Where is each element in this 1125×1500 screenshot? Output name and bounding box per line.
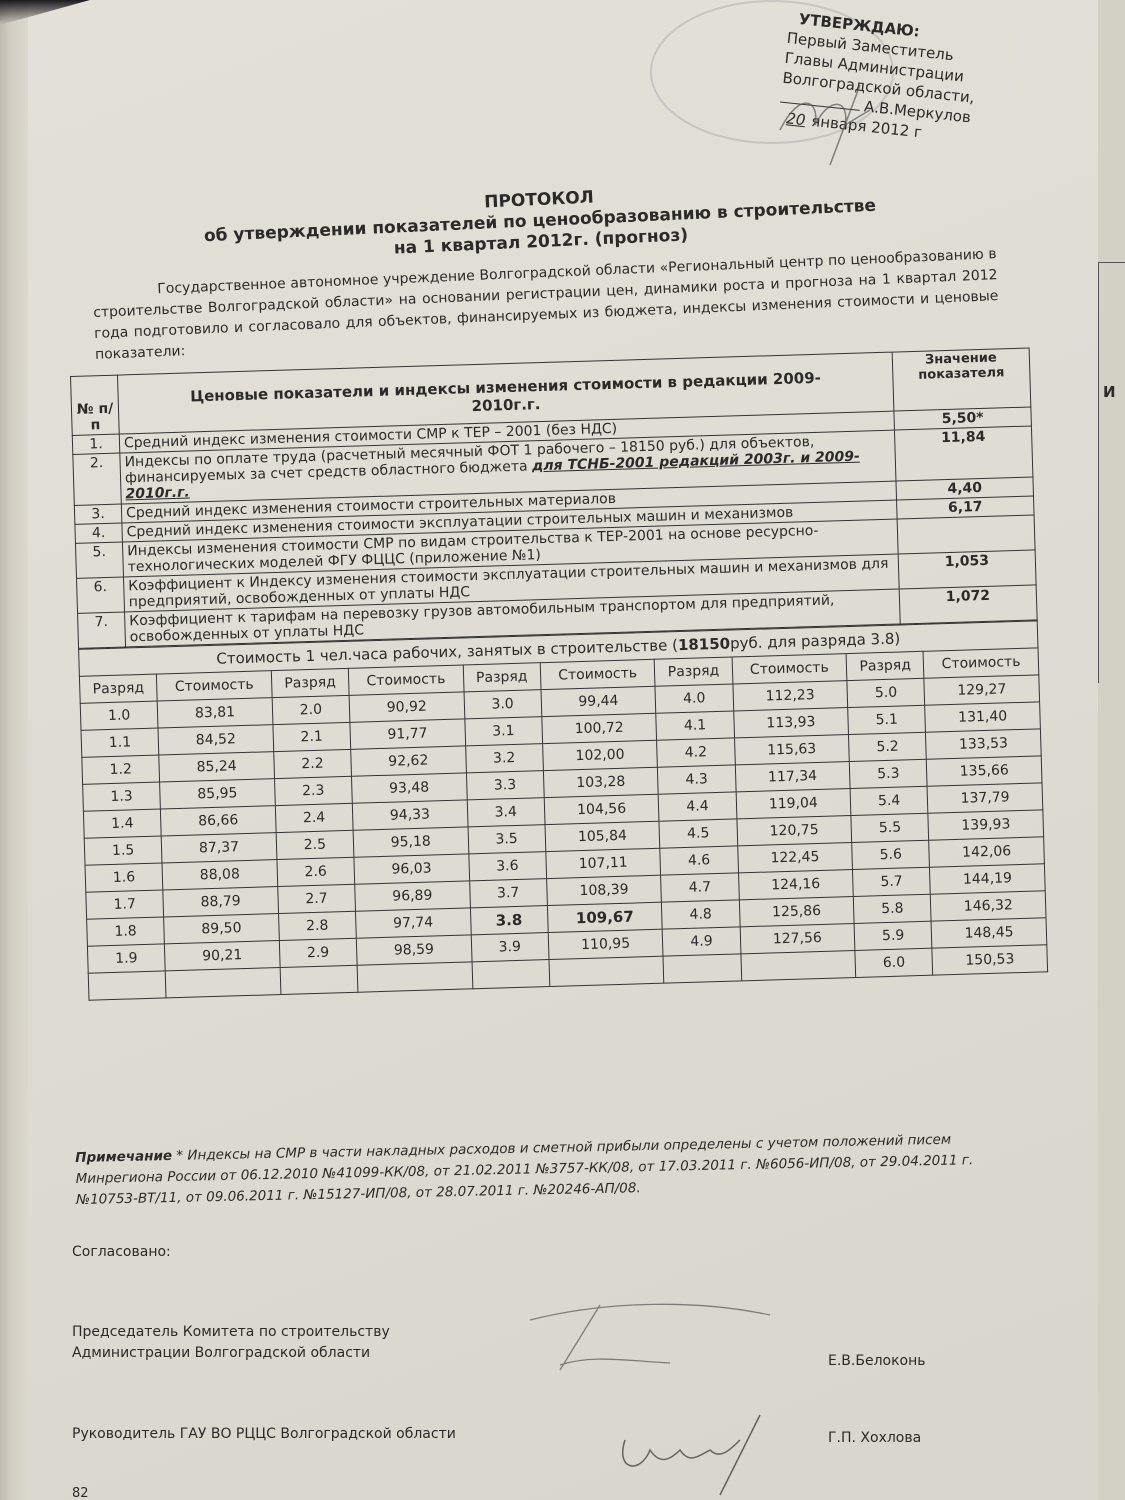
cost-cell: 115,63 xyxy=(734,735,849,765)
cost-cell: 108,39 xyxy=(546,875,661,905)
cost-cell: 99,44 xyxy=(541,686,656,716)
cost-cell xyxy=(549,956,664,986)
cost-cell: 103,28 xyxy=(543,767,658,797)
cost-cell: 135,66 xyxy=(927,756,1042,786)
cost-cell: 117,34 xyxy=(735,762,850,792)
cost-cell: 107,11 xyxy=(546,848,661,878)
cost-cell: 86,66 xyxy=(161,806,276,836)
grade-cell: 4.9 xyxy=(663,927,741,956)
book-spine-shadow xyxy=(0,0,30,1500)
grade-cell: 4.2 xyxy=(657,738,735,767)
cost-cell: 88,79 xyxy=(163,887,278,917)
header-value: Значение показателя xyxy=(892,348,1031,411)
cost-cell: 124,16 xyxy=(738,870,853,900)
cost-cell: 85,24 xyxy=(159,752,274,782)
grade-cell xyxy=(88,971,166,1000)
cost-cell: 90,21 xyxy=(165,941,280,971)
grade-cell: 5.0 xyxy=(847,678,925,707)
caption-salary: 18150 xyxy=(678,635,731,655)
adjacent-page-text: И xyxy=(1103,383,1116,401)
grade-cell: 4.3 xyxy=(658,765,736,794)
grade-cell: 1.2 xyxy=(82,755,160,784)
cost-cell: 150,53 xyxy=(932,945,1047,975)
cost-cell: 102,00 xyxy=(542,740,657,770)
grade-cell: 3.9 xyxy=(471,933,549,962)
grade-cell: 5.6 xyxy=(852,840,930,869)
cost-cell: 131,40 xyxy=(925,702,1040,732)
cost-cell xyxy=(740,950,855,980)
header-grade: Разряд xyxy=(463,663,541,692)
cost-cell: 148,45 xyxy=(931,918,1046,948)
cost-cell: 84,52 xyxy=(158,725,273,755)
grade-cell: 5.1 xyxy=(848,705,926,734)
header-grade: Разряд xyxy=(846,651,924,680)
grade-cell: 5.9 xyxy=(854,921,932,950)
tables-container: № п/п Ценовые показатели и индексы измен… xyxy=(70,348,1048,1001)
indicator-num: 5. xyxy=(75,542,123,578)
cost-cell: 85,95 xyxy=(160,779,275,809)
adjacent-page xyxy=(1098,0,1125,1500)
cost-cell: 104,56 xyxy=(544,794,659,824)
signatory-position: Руководитель ГАУ ВО РЦЦС Волгоградской о… xyxy=(72,1424,456,1445)
agreed-label: Согласовано: xyxy=(72,1244,171,1260)
indicator-value: 1,053 xyxy=(898,550,1036,589)
grade-cell: 1.6 xyxy=(85,863,163,892)
approval-signature-icon xyxy=(760,70,940,170)
signature-1-icon xyxy=(520,1295,780,1385)
indicator-value xyxy=(897,515,1035,554)
header-grade: Разряд xyxy=(79,674,157,703)
cost-cell: 87,37 xyxy=(161,833,276,863)
indicator-value: 1,072 xyxy=(899,585,1037,624)
grade-cell: 1.0 xyxy=(80,701,158,730)
signature-block-2: Руководитель ГАУ ВО РЦЦС Волгоградской о… xyxy=(72,1424,456,1445)
grade-cell: 2.5 xyxy=(276,830,354,859)
grade-cell: 3.7 xyxy=(469,879,547,908)
grade-cell: 3.3 xyxy=(466,771,544,800)
grade-cell: 1.3 xyxy=(83,782,161,811)
grade-cell: 4.7 xyxy=(661,873,739,902)
cost-cell: 125,86 xyxy=(739,896,854,926)
grade-cell: 2.0 xyxy=(272,695,350,724)
indicator-value: 11,84 xyxy=(894,426,1032,481)
grade-cell: 3.5 xyxy=(468,825,546,854)
cost-cell: 120,75 xyxy=(736,816,851,846)
grade-cell: 3.6 xyxy=(468,852,546,881)
grade-cell: 1.9 xyxy=(87,944,165,973)
grade-cell: 1.4 xyxy=(83,809,161,838)
signatory-name: Е.В.Белоконь xyxy=(828,1353,926,1369)
grade-cell: 5.8 xyxy=(853,894,931,923)
cost-cell: 89,50 xyxy=(164,914,279,944)
cost-cell: 113,93 xyxy=(733,708,848,738)
grade-cell: 2.1 xyxy=(273,722,351,751)
grade-cell: 3.8 xyxy=(470,906,548,935)
cost-cell: 95,18 xyxy=(353,827,468,857)
grade-cell: 4.6 xyxy=(660,846,738,875)
grade-cell: 2.6 xyxy=(277,857,355,886)
cost-cell: 112,23 xyxy=(732,681,847,711)
grade-cell: 1.1 xyxy=(81,728,159,757)
cost-cell xyxy=(165,968,280,998)
indicator-num: 7. xyxy=(78,612,126,648)
cost-cell: 139,93 xyxy=(928,810,1043,840)
cost-cell: 144,19 xyxy=(930,864,1045,894)
cost-cell: 96,89 xyxy=(355,881,470,911)
note-label: Примечание xyxy=(75,1148,172,1166)
grade-cell: 4.8 xyxy=(662,900,740,929)
indicator-num: 6. xyxy=(77,577,125,613)
header-grade: Разряд xyxy=(271,668,349,697)
signature-block-1: Председатель Комитета по строительству А… xyxy=(72,1322,390,1364)
grade-cell: 1.5 xyxy=(84,836,162,865)
grade-cell: 4.4 xyxy=(659,792,737,821)
cost-cell: 93,48 xyxy=(351,773,466,803)
grade-cell: 1.8 xyxy=(87,917,165,946)
signatory-position: Председатель Комитета по строительству xyxy=(72,1322,390,1343)
indicators-table: № п/п Ценовые показатели и индексы измен… xyxy=(70,348,1038,649)
signatory-position: Администрации Волгоградской области xyxy=(72,1343,390,1364)
grade-cell: 5.3 xyxy=(849,759,927,788)
grade-cell: 6.0 xyxy=(855,948,933,977)
cost-cell: 122,45 xyxy=(737,843,852,873)
grade-cell: 3.0 xyxy=(464,690,542,719)
grade-cell: 1.7 xyxy=(86,890,164,919)
grade-cell: 2.7 xyxy=(278,884,356,913)
grade-cell: 3.2 xyxy=(465,744,543,773)
cost-cell: 88,08 xyxy=(162,860,277,890)
cost-cell: 137,79 xyxy=(927,783,1042,813)
grade-cell: 2.4 xyxy=(275,803,353,832)
indicator-num: 4. xyxy=(75,523,123,543)
indicator-num: 1. xyxy=(72,434,120,454)
grade-cell: 2.3 xyxy=(274,776,352,805)
signature-2-icon xyxy=(610,1410,790,1500)
header-cost: Стоимость xyxy=(732,654,847,684)
cost-cell: 98,59 xyxy=(356,935,471,965)
grade-cell: 5.2 xyxy=(849,732,927,761)
cost-cell: 127,56 xyxy=(740,923,855,953)
page-number: 82 xyxy=(72,1486,89,1500)
cost-cell: 100,72 xyxy=(542,713,657,743)
grade-cell xyxy=(280,965,358,994)
cost-cell: 94,33 xyxy=(352,800,467,830)
grade-cell: 2.9 xyxy=(279,938,357,967)
header-cost: Стоимость xyxy=(923,648,1038,678)
signatory-name: Г.П. Хохлова xyxy=(828,1430,921,1446)
indicator-num: 2. xyxy=(73,453,121,505)
grade-cell: 5.4 xyxy=(850,786,928,815)
wage-table: Стоимость 1 чел.часа рабочих, занятых в … xyxy=(78,620,1048,1000)
header-num: № п/п xyxy=(71,375,120,435)
adjacent-page-table: И xyxy=(1098,262,1125,683)
header-cost: Стоимость xyxy=(348,665,463,695)
grade-cell: 4.1 xyxy=(656,711,734,740)
cost-cell xyxy=(357,962,472,992)
cost-cell: 133,53 xyxy=(926,729,1041,759)
cost-cell: 146,32 xyxy=(931,891,1046,921)
header-cost: Стоимость xyxy=(540,659,655,689)
cost-cell: 129,27 xyxy=(924,675,1039,705)
grade-cell: 3.4 xyxy=(467,798,545,827)
grade-cell xyxy=(663,954,741,983)
cost-cell: 119,04 xyxy=(736,789,851,819)
grade-cell: 3.1 xyxy=(464,717,542,746)
indicator-num: 3. xyxy=(74,504,122,524)
cost-cell: 97,74 xyxy=(355,908,470,938)
grade-cell: 2.2 xyxy=(274,749,352,778)
cost-cell: 83,81 xyxy=(157,698,272,728)
grade-cell: 2.8 xyxy=(278,911,356,940)
cost-cell: 110,95 xyxy=(548,929,663,959)
grade-cell: 5.7 xyxy=(853,867,931,896)
cost-cell: 91,77 xyxy=(350,719,465,749)
cost-cell: 92,62 xyxy=(351,746,466,776)
cost-cell: 109,67 xyxy=(547,902,662,932)
header-cost: Стоимость xyxy=(157,671,272,701)
cost-cell: 142,06 xyxy=(929,837,1044,867)
grade-cell: 4.0 xyxy=(655,684,733,713)
cost-cell: 90,92 xyxy=(349,692,464,722)
grade-cell: 5.5 xyxy=(851,813,929,842)
cost-cell: 105,84 xyxy=(545,821,660,851)
grade-cell xyxy=(472,960,550,989)
caption-text: руб. для разряда 3.8) xyxy=(730,629,901,652)
cost-cell: 96,03 xyxy=(354,854,469,884)
grade-cell: 4.5 xyxy=(659,819,737,848)
header-grade: Разряд xyxy=(655,657,733,686)
